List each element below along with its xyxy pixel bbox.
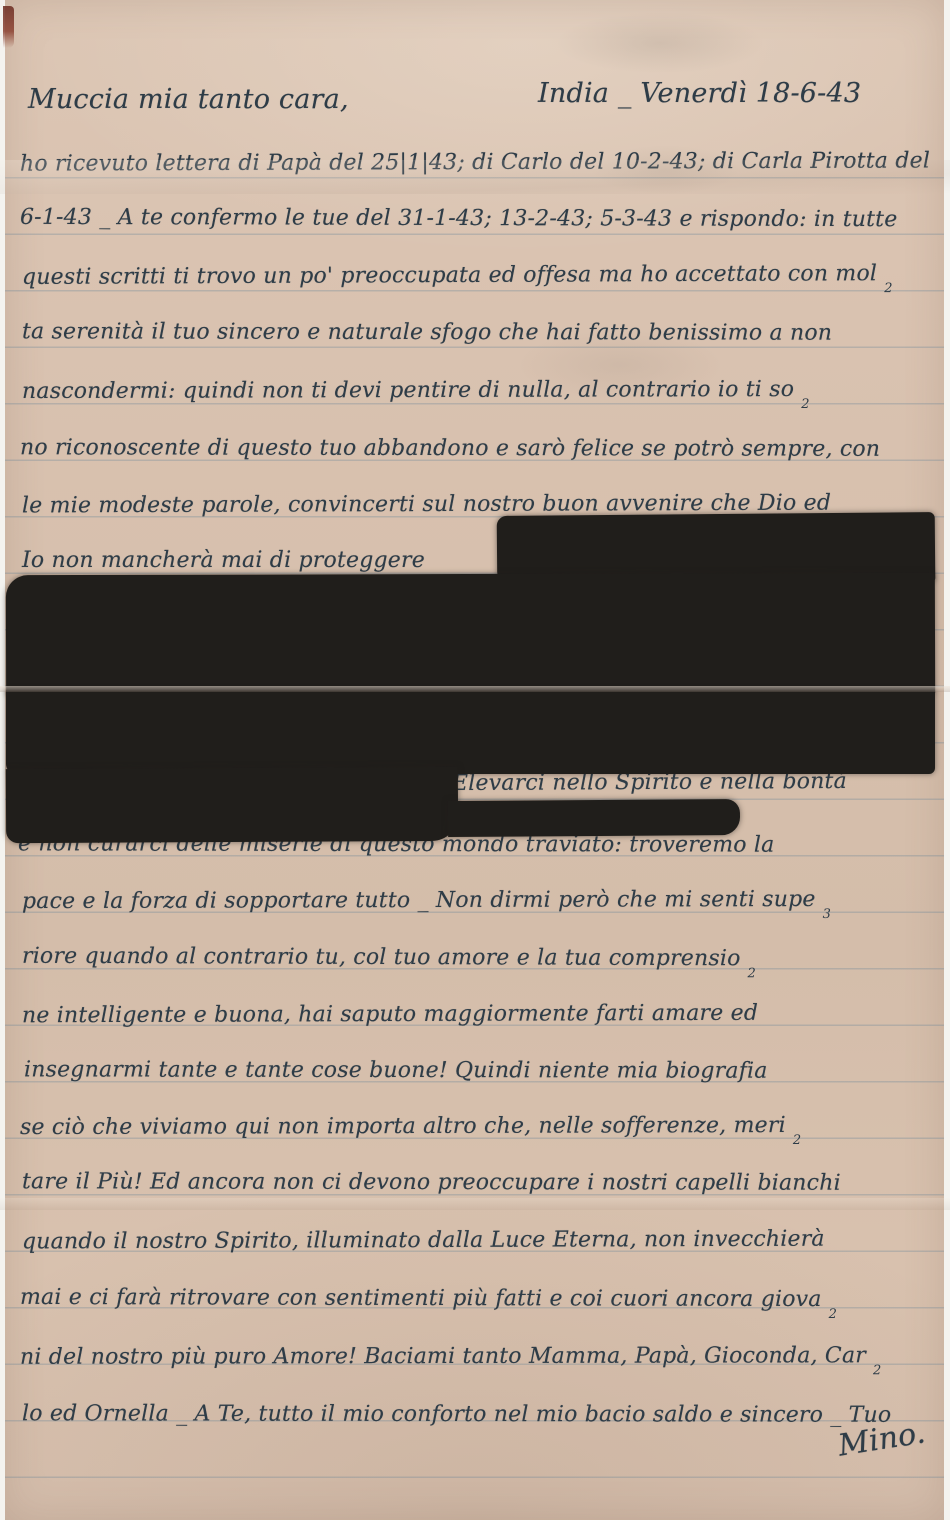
censor-redaction-bar — [6, 573, 935, 695]
line-text: ta serenità il tuo sincero e naturale sf… — [22, 319, 832, 345]
censor-redaction-bar — [6, 690, 935, 774]
letter-line: mai e ci farà ritrovare con sentimenti p… — [20, 1285, 837, 1312]
censor-redaction-bar — [448, 799, 740, 837]
letter-line: riore quando al contrario tu, col tuo am… — [22, 944, 756, 972]
letter-line: Io non mancherà mai di proteggere — [22, 548, 425, 573]
line-text: riore quando al contrario tu, col tuo am… — [22, 944, 741, 972]
line-text: tare il Più! Ed ancora non ci devono pre… — [22, 1169, 841, 1195]
letter-line: ne intelligente e buona, hai saputo magg… — [22, 1001, 765, 1029]
censor-redaction-bar — [6, 767, 458, 843]
dateline-text: India _ Venerdì 18-6-43 — [538, 78, 861, 109]
hyphen-mark: 2 — [873, 1363, 882, 1378]
hyphen-mark: 3 — [823, 907, 832, 922]
line-text: quando il nostro Spirito, illuminato dal… — [22, 1227, 825, 1255]
letter-line: lo ed Ornella _ A Te, tutto il mio confo… — [22, 1401, 898, 1428]
letter-line: insegnarmi tante e tante cose buone! Qui… — [24, 1057, 775, 1083]
letter-line: ta serenità il tuo sincero e naturale sf… — [22, 319, 839, 345]
line-text: ni del nostro più puro Amore! Baciami ta… — [20, 1343, 866, 1369]
letter-line: nascondermi: quindi non ti devi pentire … — [22, 377, 810, 404]
letter-line: tare il Più! Ed ancora non ci devono pre… — [22, 1169, 848, 1195]
line-text: pace e la forza di sopportare tutto _ No… — [22, 887, 816, 914]
letter-line: ho ricevuto lettera di Papà del 25|1|43;… — [20, 148, 937, 176]
red-edge-mark — [3, 6, 14, 48]
dateline: India _ Venerdì 18-6-43 — [538, 78, 861, 109]
line-text: nascondermi: quindi non ti devi pentire … — [22, 377, 794, 404]
letter-line: 6-1-43 _ A te confermo le tue del 31-1-4… — [20, 205, 905, 232]
salutation-text: Muccia mia tanto cara, — [28, 84, 349, 115]
line-text: 6-1-43 _ A te confermo le tue del 31-1-4… — [20, 205, 898, 232]
letter-line: quando il nostro Spirito, illuminato dal… — [22, 1227, 832, 1255]
salutation: Muccia mia tanto cara, — [28, 84, 349, 115]
letter-line: no riconoscente di questo tuo abbandono … — [20, 435, 887, 462]
hyphen-mark: 2 — [801, 397, 810, 412]
hyphen-mark: 2 — [748, 966, 757, 981]
line-text: questi scritti ti trovo un po' preoccupa… — [22, 261, 877, 290]
hyphen-mark: 2 — [793, 1133, 802, 1148]
letter-line: pace e la forza di sopportare tutto _ No… — [22, 887, 831, 914]
scanned-letter-page: { "document": { "kind": "handwritten let… — [0, 0, 950, 1520]
hyphen-mark: 2 — [829, 1307, 838, 1322]
line-text: lo ed Ornella _ A Te, tutto il mio confo… — [22, 1401, 891, 1428]
line-text: mai e ci farà ritrovare con sentimenti p… — [20, 1285, 822, 1312]
line-text: se ciò che viviamo qui non importa altro… — [20, 1113, 786, 1140]
letter-line: questi scritti ti trovo un po' preoccupa… — [22, 261, 893, 290]
line-text: ho ricevuto lettera di Papà del 25|1|43;… — [20, 148, 930, 176]
line-text: no riconoscente di questo tuo abbandono … — [20, 435, 880, 462]
hyphen-mark: 2 — [884, 281, 893, 296]
line-text: Io non mancherà mai di proteggere — [22, 548, 425, 573]
letter-line: se ciò che viviamo qui non importa altro… — [20, 1113, 801, 1140]
letter-line: ni del nostro più puro Amore! Baciami ta… — [20, 1343, 881, 1370]
line-text: insegnarmi tante e tante cose buone! Qui… — [24, 1057, 768, 1083]
line-text: ne intelligente e buona, hai saputo magg… — [22, 1001, 758, 1029]
